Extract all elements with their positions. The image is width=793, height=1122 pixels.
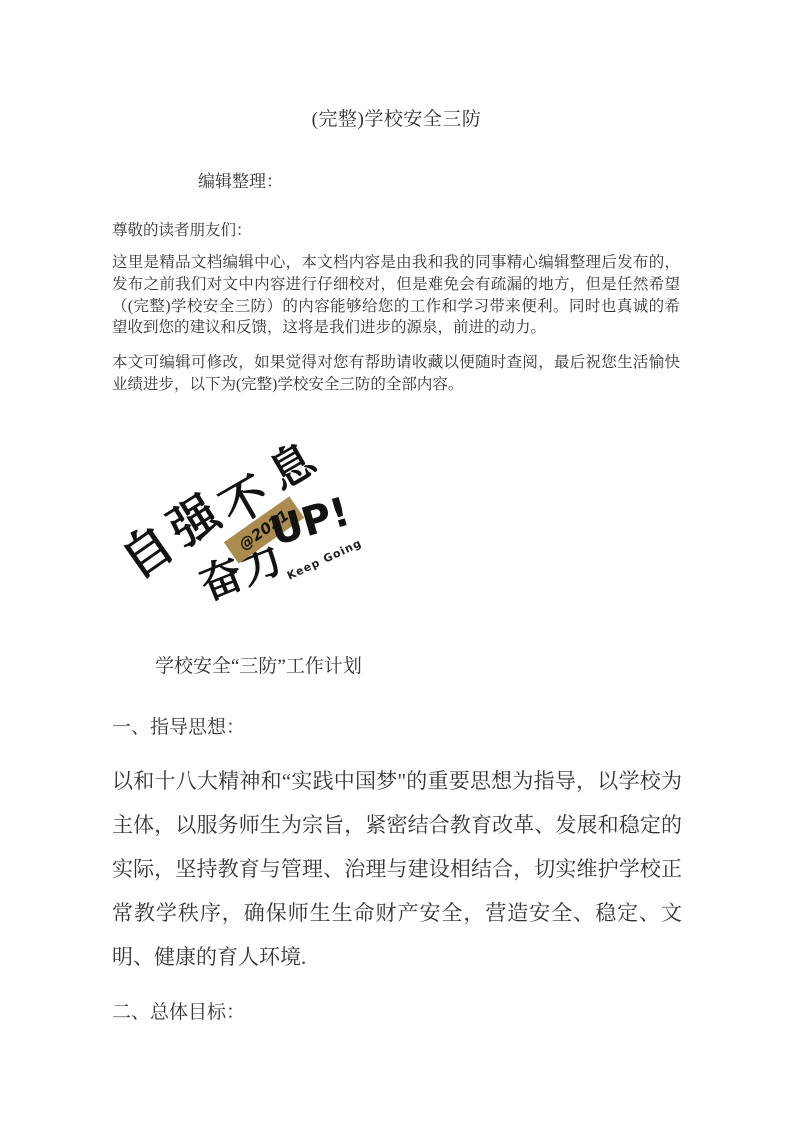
section-2-heading: 二、总体目标： (112, 997, 245, 1024)
intro-paragraph-1: 这里是精品文档编辑中心，本文档内容是由我和我的同事精心编辑整理后发布的，发布之前… (112, 252, 680, 339)
motivational-calligraphy-graphic: 自 强 不 息 @2021 奋力 UP! Keep Going (118, 433, 353, 611)
editor-label: 编辑整理： (198, 167, 283, 192)
work-plan-title: 学校安全“三防”工作计划 (155, 651, 362, 678)
section-1-body: 以和十八大精神和“实践中国梦"的重要思想为指导，以学校为主体，以服务师生为宗旨，… (112, 759, 682, 979)
document-title: (完整)学校安全三防 (0, 104, 793, 131)
section-1-heading: 一、指导思想： (112, 712, 245, 739)
document-page: (完整)学校安全三防 编辑整理： 尊敬的读者朋友们： 这里是精品文档编辑中心，本… (0, 0, 793, 1122)
reader-greeting: 尊敬的读者朋友们： (112, 218, 252, 240)
intro-paragraph-2: 本文可编辑可修改，如果觉得对您有帮助请收藏以便随时查阅，最后祝您生活愉快 业绩进… (112, 352, 680, 396)
